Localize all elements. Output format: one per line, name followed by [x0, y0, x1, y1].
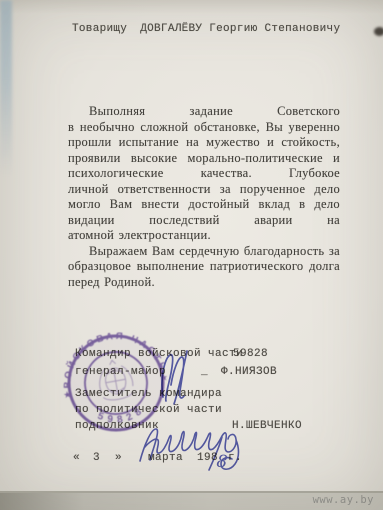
- signature-blank-dash: _: [201, 366, 208, 378]
- stain-mark: [374, 27, 383, 36]
- letter-body: Выполняя задание Советского правительств…: [68, 104, 340, 290]
- body-line: перед Родиной.: [68, 275, 340, 291]
- body-line: видации последствий аварии на Чернобыльс…: [68, 213, 340, 229]
- scan-top-shadow: [0, 0, 383, 14]
- body-line: личной ответственности за порученное дел…: [68, 182, 340, 198]
- addressee-line: ТоварищуДОВГАЛЁВУ Георгию Степановичу: [72, 23, 340, 35]
- date-day: 3: [93, 452, 100, 464]
- body-line: Выполняя задание Советского правительств…: [68, 104, 340, 120]
- watermark: www.ay.by: [313, 494, 374, 506]
- body-line: атомной электростанции.: [68, 228, 340, 244]
- body-line: психологические качества. Глубокое поним…: [68, 166, 340, 182]
- scan-edge-left: [0, 0, 12, 175]
- military-unit-stamp: ВОЙСКОВАЯ ЧАСТЬ 59828 ★ ★: [56, 323, 176, 443]
- body-line: образцовое выполнение патриотического до…: [68, 259, 340, 275]
- body-line: проявили высокие морально-политические и: [68, 151, 340, 167]
- deputy-name: Н.ШЕВЧЕНКО: [232, 420, 302, 432]
- body-line: Выражаем Вам сердечную благодарность за: [68, 244, 340, 260]
- scan-edge-bottom: www.ay.by: [0, 491, 383, 510]
- unit-number: 59828: [233, 348, 268, 360]
- commander-name: Ф.НИЯЗОВ: [221, 366, 277, 378]
- addressee-name: ДОВГАЛЁВУ Георгию Степановичу: [140, 23, 340, 35]
- date-year-typed: 198: [197, 452, 218, 464]
- star-icon: ★: [159, 372, 169, 383]
- scanned-letter-page: ТоварищуДОВГАЛЁВУ Георгию Степановичу Вы…: [0, 0, 383, 510]
- star-icon: ★: [62, 389, 72, 400]
- date-quote-close: »: [115, 452, 122, 464]
- body-line: прошли испытание на мужество и стойкость…: [68, 135, 340, 151]
- body-line: могло Вам внести достойный вклад в дело …: [68, 197, 340, 213]
- date-quote-open: «: [73, 452, 80, 464]
- body-line: в необычно сложной обстановке, Вы уверен…: [68, 120, 340, 136]
- date-month: марта: [148, 452, 183, 464]
- salutation: Товарищу: [72, 23, 127, 35]
- date-line: « 3 » марта 198 г.: [73, 452, 273, 468]
- date-year-suffix: г.: [228, 452, 242, 464]
